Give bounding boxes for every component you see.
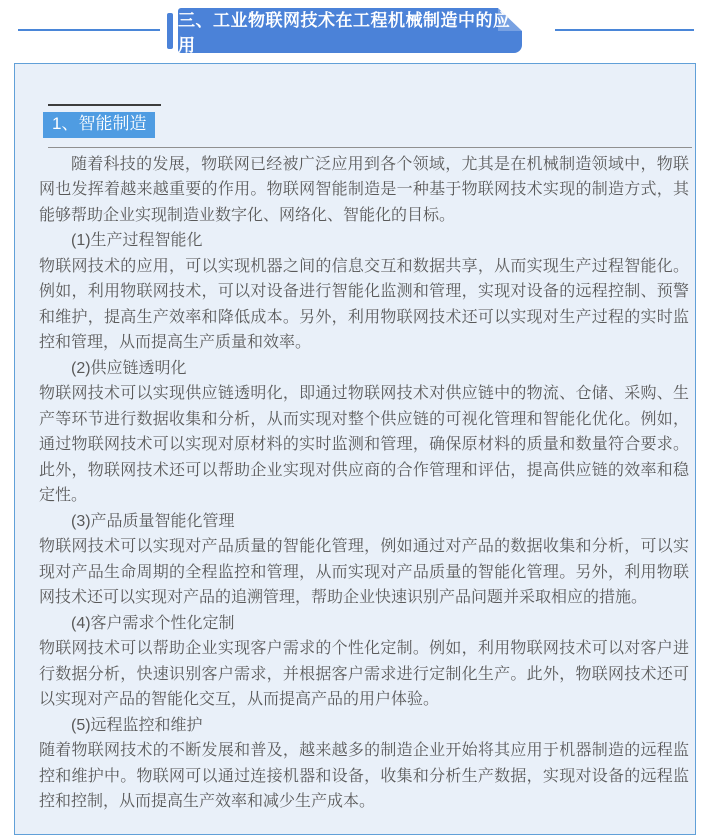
subsection-body: 物联网技术可以实现对产品质量的智能化管理，例如通过对产品的数据收集和分析，可以实… (39, 534, 689, 611)
banner-title: 三、工业物联网技术在工程机械制造中的应用 (178, 8, 522, 53)
banner-accent-bar (167, 13, 173, 49)
title-banner: 三、工业物联网技术在工程机械制造中的应用 (167, 8, 522, 53)
content-card: 1、智能制造 随着科技的发展，物联网已经被广泛应用到各个领域，尤其是在机械制造领… (14, 63, 696, 835)
subsection-title: (3)产品质量智能化管理 (39, 509, 689, 535)
intro-paragraph: 随着科技的发展，物联网已经被广泛应用到各个领域，尤其是在机械制造领域中，物联网也… (39, 152, 689, 229)
article-body: 随着科技的发展，物联网已经被广泛应用到各个领域，尤其是在机械制造领域中，物联网也… (15, 148, 695, 815)
header-decor-line-right (555, 29, 694, 31)
subsection-body: 物联网技术的应用，可以实现机器之间的信息交互和数据共享，从而实现生产过程智能化。… (39, 254, 689, 356)
subsection-title: (5)远程监控和维护 (39, 713, 689, 739)
subsection-body: 随着物联网技术的不断发展和普及，越来越多的制造企业开始将其应用于机器制造的远程监… (39, 738, 689, 815)
subsection-body: 物联网技术可以帮助企业实现客户需求的个性化定制。例如，利用物联网技术可以对客户进… (39, 636, 689, 713)
subsection-title: (4)客户需求个性化定制 (39, 611, 689, 637)
subsection-title: (1)生产过程智能化 (39, 228, 689, 254)
header-decor-line-left (18, 29, 160, 31)
subsection-body: 物联网技术可以实现供应链透明化，即通过物联网技术对供应链中的物流、仓储、采购、生… (39, 381, 689, 509)
page-header: 三、工业物联网技术在工程机械制造中的应用 (0, 0, 712, 63)
banner-fold-corner (498, 8, 522, 31)
section-heading-chip: 1、智能制造 (43, 112, 155, 138)
subsection-title: (2)供应链透明化 (39, 356, 689, 382)
